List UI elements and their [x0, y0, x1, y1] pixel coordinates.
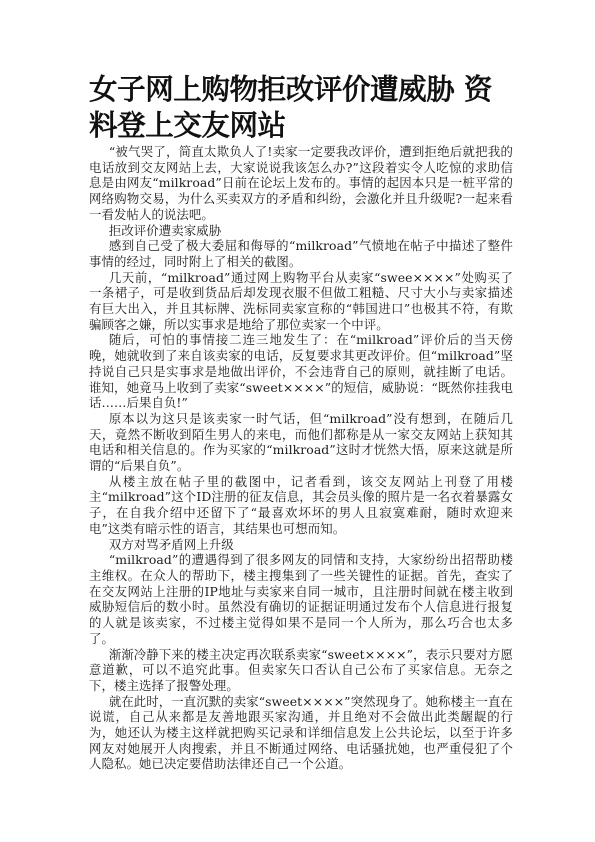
- section-heading: 双方对骂矛盾网上升级: [89, 537, 513, 553]
- paragraph: “milkroad”的遭遇得到了很多网友的同情和支持，大家纷纷出招帮助楼主维权。…: [89, 552, 513, 646]
- article-title: 女子网上购物拒改评价遭威胁 资料登上交友网站: [89, 72, 513, 144]
- paragraph: 感到自己受了极大委屈和侮辱的“milkroad”气愤地在帖子中描述了整件事情的经…: [89, 238, 513, 269]
- article-body: “被气哭了，简直太欺负人了!卖家一定要我改评价，遭到拒绝后就把我的电话放到交友网…: [89, 144, 513, 772]
- paragraph: 就在此时，一直沉默的卖家“sweet××××”突然现身了。她称楼主一直在说谎，自…: [89, 694, 513, 773]
- paragraph: 渐渐冷静下来的楼主决定再次联系卖家“sweet××××”，表示只要对方愿意道歉，…: [89, 647, 513, 694]
- document-page: 女子网上购物拒改评价遭威胁 资料登上交友网站 “被气哭了，简直太欺负人了!卖家一…: [89, 72, 513, 772]
- paragraph: 随后，可怕的事情接二连三地发生了：在“milkroad”评价后的当天傍晚，她就收…: [89, 332, 513, 411]
- paragraph: 从楼主放在帖子里的截图中，记者看到，该交友网站上刊登了用楼主“milkroad”…: [89, 474, 513, 537]
- paragraph: “被气哭了，简直太欺负人了!卖家一定要我改评价，遭到拒绝后就把我的电话放到交友网…: [89, 144, 513, 223]
- paragraph: 原本以为这只是该卖家一时气话，但“milkroad”没有想到，在随后几天，竟然不…: [89, 411, 513, 474]
- section-heading: 拒改评价遭卖家威胁: [89, 223, 513, 239]
- paragraph: 几天前，“milkroad”通过网上购物平台从卖家“swee××××”处购买了一…: [89, 270, 513, 333]
